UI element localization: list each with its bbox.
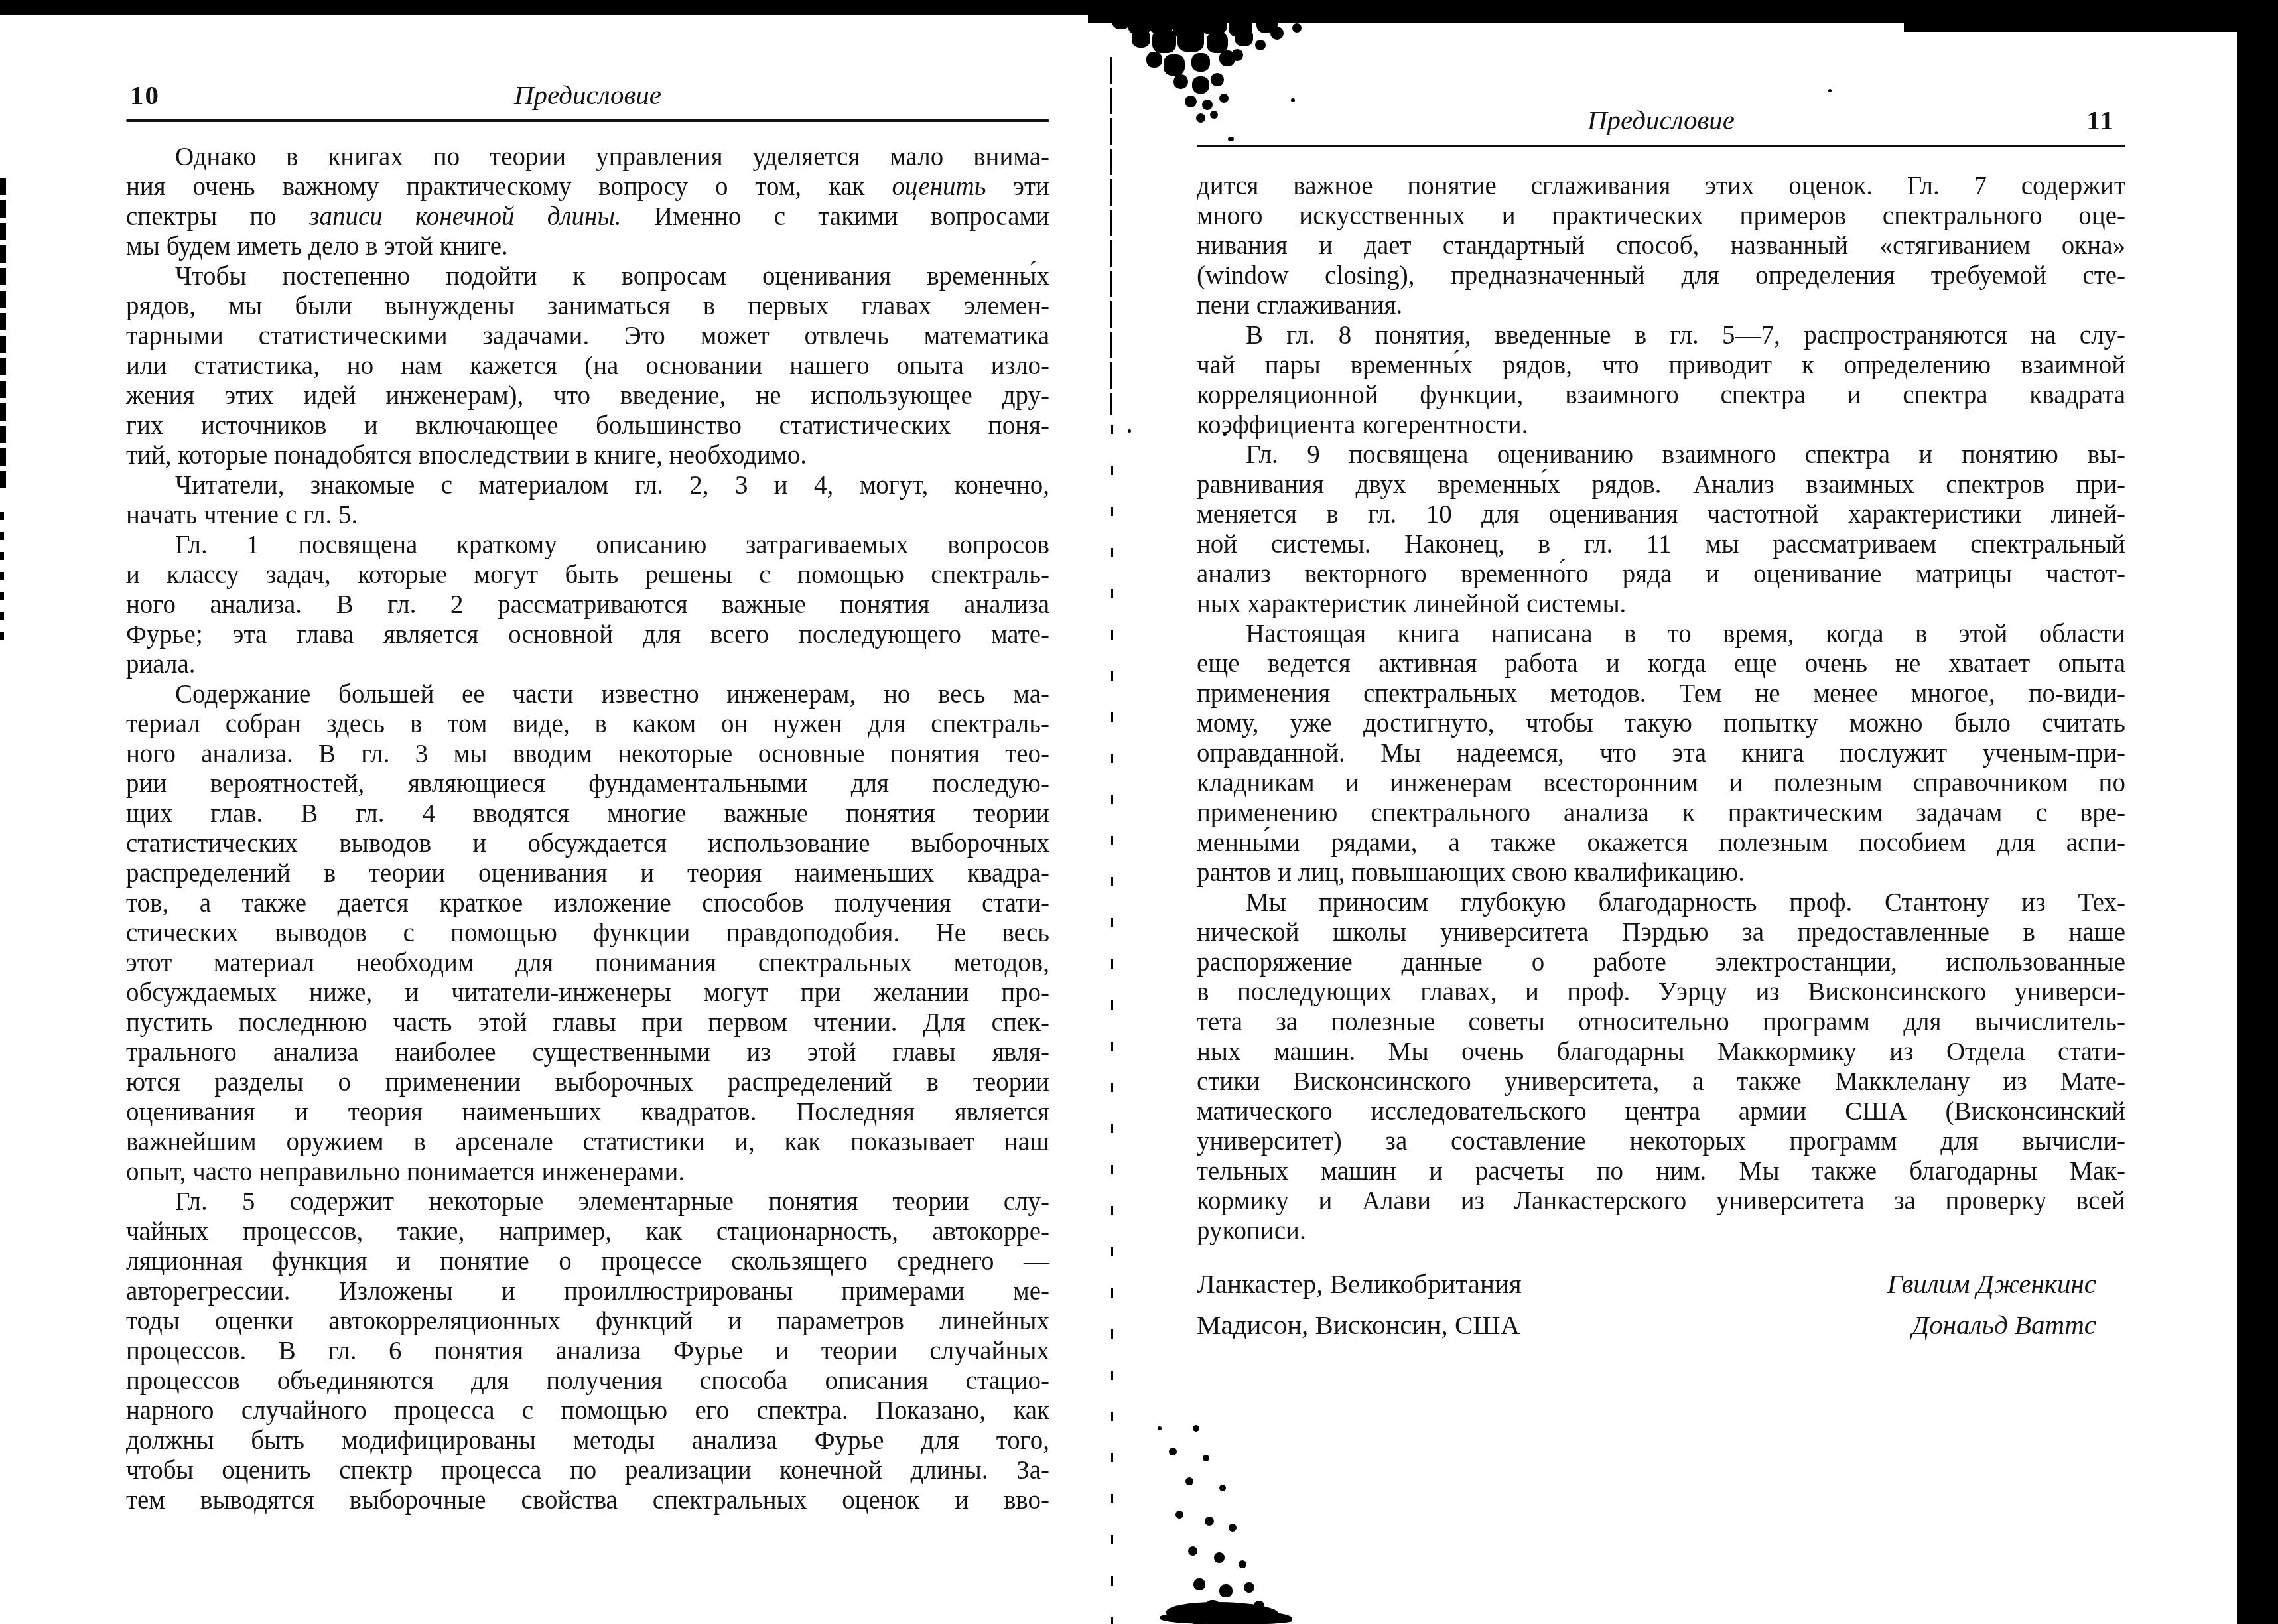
text-line: анализ векторного временно́го ряда и оце…	[1197, 559, 2125, 589]
text-line: применения спектральных методов. Тем не …	[1197, 679, 2125, 709]
text-line: нивания и дает стандартный способ, назва…	[1197, 231, 2125, 261]
signature-row: Мадисон, Висконсин, США Дональд Ваттс	[1197, 1304, 2125, 1345]
text-line: ного анализа. В гл. 2 рассматриваются ва…	[126, 590, 1049, 620]
signature-block: Ланкастер, Великобритания Гвилим Дженкин…	[1197, 1263, 2125, 1345]
text-line: ляционная функция и понятие о процессе с…	[126, 1247, 1049, 1276]
text-line: в последующих главах, и проф. Уэрцу из В…	[1197, 977, 2125, 1007]
text-line: опыт, часто неправильно понимается инжен…	[126, 1157, 1049, 1187]
text-line: ных машин. Мы очень благодарны Маккормик…	[1197, 1037, 2125, 1067]
text-line: спектры по записи конечной длины. Именно…	[126, 202, 1049, 232]
text-line: матического исследовательского центра ар…	[1197, 1097, 2125, 1126]
text-line: коэффициента когерентности.	[1197, 410, 2125, 440]
scan-noise-top-bar	[1904, 0, 2278, 32]
text-line: Читатели, знакомые с материалом гл. 2, 3…	[126, 470, 1049, 500]
text-line: применению спектрального анализа к практ…	[1197, 798, 2125, 828]
text-line: ных характеристик линейной системы.	[1197, 589, 2125, 619]
text-line: дится важное понятие сглаживания этих оц…	[1197, 171, 2125, 201]
text-line: и классу задач, которые могут быть решен…	[126, 560, 1049, 590]
text-line: распоряжение данные о работе электростан…	[1197, 947, 2125, 977]
text-line: Содержание большей ее части известно инж…	[126, 679, 1049, 709]
text-line: Однако в книгах по теории управления уде…	[126, 142, 1049, 172]
text-line: Гл. 9 посвящена оцениванию взаимного спе…	[1197, 440, 2125, 470]
text-line: чайных процессов, такие, например, как с…	[126, 1217, 1049, 1247]
text-line: нарного случайного процесса с помощью ег…	[126, 1396, 1049, 1426]
scan-noise-speck	[1828, 89, 1832, 92]
scan-noise-left-edge	[0, 178, 6, 490]
text-line: Фурье; эта глава является основной для в…	[126, 620, 1049, 649]
page-header: Предисловие 11	[1197, 103, 2125, 145]
text-line: рии вероятностей, являющиеся фундаментал…	[126, 769, 1049, 799]
text-line: начать чтение с гл. 5.	[126, 500, 1049, 530]
book-scan: 10 Предисловие Однако в книгах по теории…	[0, 0, 2278, 1624]
scan-noise-top-bar	[0, 0, 1088, 15]
text-line: жения этих идей инженерам), что введение…	[126, 381, 1049, 411]
header-rule	[1197, 145, 2125, 147]
text-line: щих глав. В гл. 4 вводятся многие важные…	[126, 799, 1049, 829]
text-line: Чтобы постепенно подойти к вопросам оцен…	[126, 261, 1049, 291]
signature-name: Дональд Ваттс	[1912, 1304, 2125, 1345]
page-right: Предисловие 11 дится важное понятие сгла…	[1197, 103, 2125, 1345]
text-line: тельных машин и расчеты по ним. Мы также…	[1197, 1156, 2125, 1186]
text-line: авторегрессии. Изложены и проиллюстриров…	[126, 1276, 1049, 1306]
text-line: этот материал необходим для понимания сп…	[126, 948, 1049, 978]
text-line: статистических выводов и обсуждается исп…	[126, 829, 1049, 858]
page-gutter-line	[1111, 425, 1113, 1624]
text-line: ния очень важному практическому вопросу …	[126, 172, 1049, 202]
text-line: рукописи.	[1197, 1216, 2125, 1246]
text-line: рантов и лиц, повышающих свою квалификац…	[1197, 858, 2125, 888]
text-line: ются разделы о применении выборочных рас…	[126, 1067, 1049, 1097]
text-line: ного анализа. В гл. 3 мы вводим некоторы…	[126, 739, 1049, 769]
text-line: нической школы университета Пэрдью за пр…	[1197, 917, 2125, 947]
text-line: Гл. 5 содержит некоторые элементарные по…	[126, 1187, 1049, 1217]
text-line: много искусственных и практических приме…	[1197, 201, 2125, 231]
text-line: Гл. 1 посвящена краткому описанию затраг…	[126, 530, 1049, 560]
running-title: Предисловие	[126, 78, 1049, 111]
scan-noise-top-bar	[1088, 0, 1904, 23]
text-line: ной системы. Наконец, в гл. 11 мы рассма…	[1197, 529, 2125, 559]
text-line: оценивания и теория наименьших квадратов…	[126, 1097, 1049, 1127]
scan-noise-speckles	[1158, 1426, 1162, 1430]
text-line: кормику и Алави из Ланкастерского универ…	[1197, 1186, 2125, 1216]
text-line: чтобы оценить спектр процесса по реализа…	[126, 1455, 1049, 1485]
text-line: корреляционной функции, взаимного спектр…	[1197, 380, 2125, 410]
text-line: университет) за составление некоторых пр…	[1197, 1126, 2125, 1156]
text-line: тарными статистическими задачами. Это мо…	[126, 321, 1049, 351]
text-line: тий, которые понадобятся впоследствии в …	[126, 440, 1049, 470]
text-line: или статистика, но нам кажется (на основ…	[126, 351, 1049, 381]
text-line: териал собран здесь в том виде, в каком …	[126, 709, 1049, 739]
text-line: мы будем иметь дело в этой книге.	[126, 232, 1049, 261]
text-line: Настоящая книга написана в то время, ког…	[1197, 619, 2125, 649]
text-line: рядов, мы были вынуждены заниматься в пе…	[126, 291, 1049, 321]
text-line: еще ведется активная работа и когда еще …	[1197, 649, 2125, 679]
page-header: 10 Предисловие	[126, 78, 1049, 119]
page-gutter-line	[1110, 57, 1112, 415]
text-line: тоды оценки автокорреляционных функций и…	[126, 1306, 1049, 1336]
text-line: мому, уже достигнуто, чтобы такую попытк…	[1197, 709, 2125, 738]
scan-noise-smear	[1166, 1602, 1279, 1624]
text-line: В гл. 8 понятия, введенные в гл. 5—7, ра…	[1197, 320, 2125, 350]
text-line: трального анализа наиболее существенными…	[126, 1038, 1049, 1067]
signature-row: Ланкастер, Великобритания Гвилим Дженкин…	[1197, 1263, 2125, 1304]
text-line: стики Висконсинского университета, а так…	[1197, 1067, 2125, 1097]
signature-place: Мадисон, Висконсин, США	[1197, 1304, 1520, 1345]
text-line: процессов объединяются для получения спо…	[126, 1366, 1049, 1396]
scan-noise-right-edge	[2237, 27, 2278, 1624]
text-line: пени сглаживания.	[1197, 291, 2125, 320]
text-line: важнейшим оружием в арсенале статистики …	[126, 1127, 1049, 1157]
text-line: процессов. В гл. 6 понятия анализа Фурье…	[126, 1336, 1049, 1366]
text-line: должны быть модифицированы методы анализ…	[126, 1426, 1049, 1455]
text-line: риала.	[126, 649, 1049, 679]
text-line: тем выводятся выборочные свойства спектр…	[126, 1485, 1049, 1515]
scan-noise-speck	[1291, 98, 1295, 102]
text-line: пустить последнюю часть этой главы при п…	[126, 1008, 1049, 1038]
running-title: Предисловие	[1197, 103, 2125, 137]
text-column: дится важное понятие сглаживания этих оц…	[1197, 171, 2125, 1246]
scan-noise-speckles	[1099, 16, 1104, 21]
text-line: стических выводов с помощью функции прав…	[126, 918, 1049, 948]
text-line: меняется в гл. 10 для оценивания частотн…	[1197, 500, 2125, 529]
text-line: чай пары временны́х рядов, что приводит …	[1197, 350, 2125, 380]
text-line: обсуждаемых ниже, и читатели-инженеры мо…	[126, 978, 1049, 1008]
page-left: 10 Предисловие Однако в книгах по теории…	[126, 78, 1049, 1515]
header-rule	[126, 119, 1049, 122]
signature-place: Ланкастер, Великобритания	[1197, 1263, 1522, 1304]
text-line: оправданной. Мы надеемся, что эта книга …	[1197, 738, 2125, 768]
text-line: (window closing), предназначенный для оп…	[1197, 261, 2125, 291]
text-line: менны́ми рядами, а также окажется полезн…	[1197, 828, 2125, 858]
signature-name: Гвилим Дженкинс	[1887, 1263, 2125, 1304]
scan-noise-speck	[1128, 429, 1131, 433]
scan-noise-left-edge	[0, 512, 4, 645]
text-line: тета за полезные советы относительно про…	[1197, 1007, 2125, 1037]
text-line: распределений в теории оценивания и теор…	[126, 858, 1049, 888]
text-line: равнивания двух временны́х рядов. Анализ…	[1197, 470, 2125, 500]
text-line: Мы приносим глубокую благодарность проф.…	[1197, 888, 2125, 917]
text-line: тов, а также дается краткое изложение сп…	[126, 888, 1049, 918]
text-column: Однако в книгах по теории управления уде…	[126, 142, 1049, 1515]
text-line: гих источников и включающее большинство …	[126, 411, 1049, 440]
text-line: кладникам и инженерам всесторонним и пол…	[1197, 768, 2125, 798]
page-number: 11	[2086, 103, 2115, 137]
